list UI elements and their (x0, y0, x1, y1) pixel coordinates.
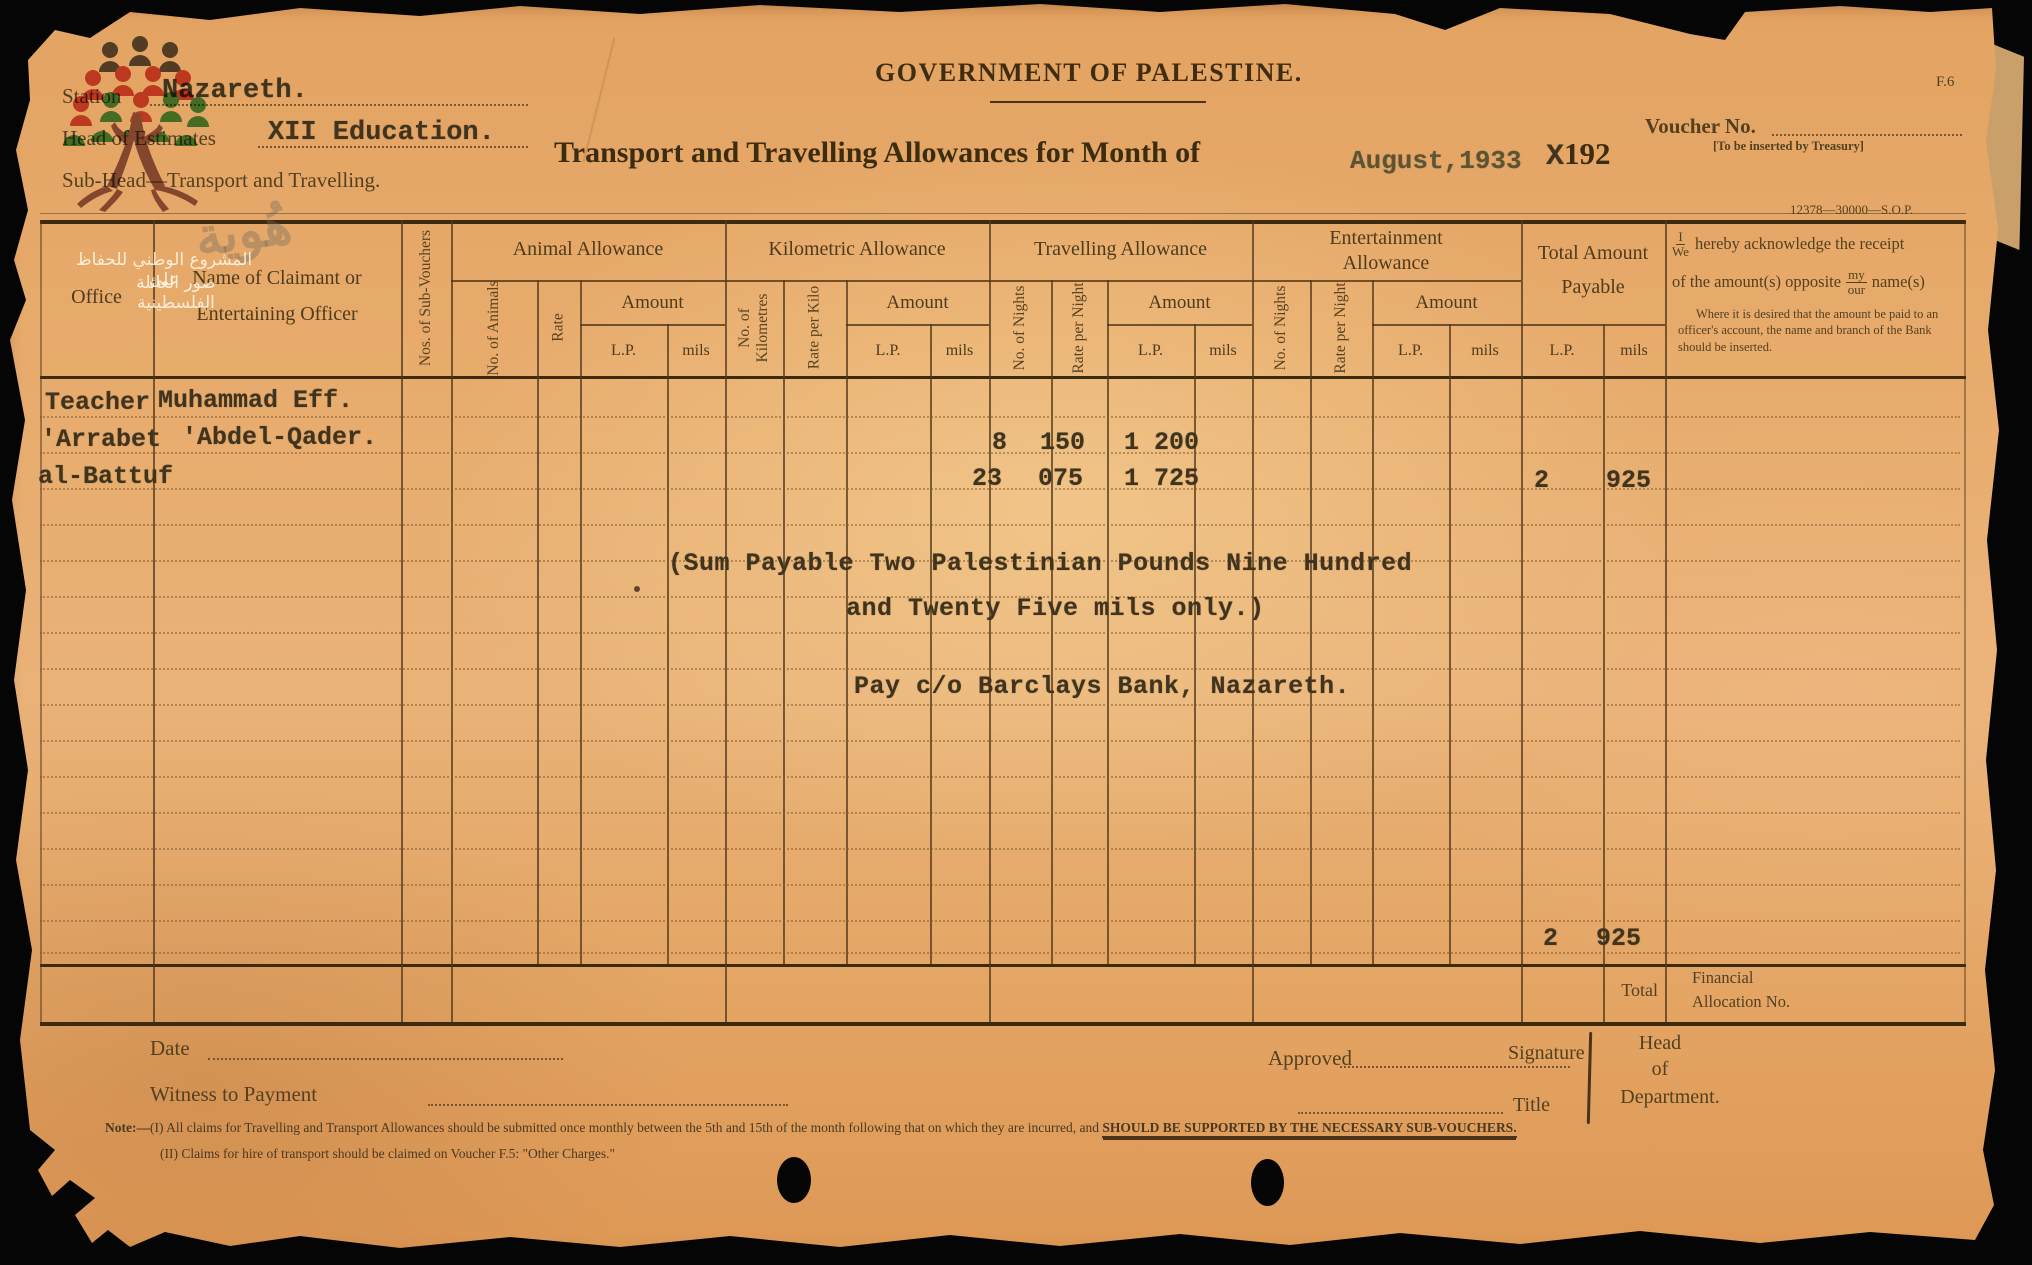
stray-ink-dot (634, 586, 640, 592)
ack-line2-pre: of the amount(s) opposite (1672, 272, 1841, 292)
note1-emphasis: SHOULD BE SUPPORTED BY THE NECESSARY SUB… (1102, 1120, 1516, 1138)
mils-header: mils (1603, 342, 1665, 360)
punch-hole (1251, 1159, 1284, 1206)
entry-total-lp: 2 (1534, 466, 1549, 495)
paper-sheet: F.6 Station Nazareth. Head of Estimates … (0, 0, 2032, 1265)
amount-header: Amount (1107, 292, 1252, 314)
entry-row2-mils: 725 (1154, 464, 1199, 493)
kilometric-allowance-header: Kilometric Allowance (725, 238, 989, 261)
rate-vertical-header: Rate (537, 280, 580, 376)
ack-line2: of the amount(s) opposite myour name(s) (1672, 268, 1964, 296)
witness-label: Witness to Payment (150, 1082, 317, 1107)
amount-header: Amount (846, 292, 989, 314)
title-year-printed: 192 (1564, 136, 1611, 172)
title-strike-x: X (1546, 140, 1564, 174)
entry-name-line1: Muhammad Eff. (158, 386, 353, 415)
entry-row1-lp: 1 (1124, 428, 1139, 457)
watermark-line2: صور العائلة الفلسطينية (96, 273, 256, 313)
entry-row2-lp: 1 (1124, 464, 1139, 493)
lp-header: L.P. (846, 342, 930, 360)
brace-divider (1587, 1032, 1592, 1124)
grand-total-mils: 925 (1596, 924, 1641, 953)
scanned-voucher-document: F.6 Station Nazareth. Head of Estimates … (0, 0, 2032, 1265)
head-of-department-line3: Department. (1600, 1086, 1740, 1109)
tape-speck (3, 1, 31, 27)
signature-label: Signature (1508, 1042, 1585, 1065)
entry-office-line1: Teacher (45, 388, 150, 417)
lp-header: L.P. (1372, 342, 1449, 360)
total-amount-header-line2: Payable (1521, 276, 1665, 299)
ack-line1: IWe hereby acknowledge the receipt (1672, 230, 1964, 258)
form-number: F.6 (1936, 74, 1954, 91)
entry-row1-nights: 8 (992, 428, 1007, 457)
i-we-fraction: IWe (1672, 230, 1689, 258)
no-of-nights-vertical-header: No. of Nights (1252, 280, 1310, 376)
total-row-label: Total (1540, 980, 1658, 1001)
entry-office-line2: 'Arrabet (41, 425, 161, 454)
amount-header: Amount (1372, 292, 1521, 314)
grand-total-lp: 2 (1543, 924, 1558, 953)
note1-text: (I) All claims for Travelling and Transp… (150, 1120, 1102, 1135)
sum-payable-line2: and Twenty Five mils only.) (846, 594, 1265, 623)
mils-header: mils (930, 342, 989, 360)
entry-row1-rate: 150 (1040, 428, 1085, 457)
tree-logo-icon (55, 34, 225, 214)
head-of-department-line1: Head (1600, 1032, 1720, 1055)
voucher-treasury-note: [To be inserted by Treasury] (1713, 139, 1864, 154)
no-of-nights-vertical-header: No. of Nights (989, 280, 1051, 376)
entry-row2-rate: 075 (1038, 464, 1083, 493)
form-title: Transport and Travelling Allowances for … (554, 136, 1200, 170)
subvouchers-vertical-header: Nos. of Sub-Vouchers (401, 220, 451, 376)
animal-allowance-header: Animal Allowance (451, 238, 725, 261)
rate-per-night-vertical-header: Rate per Night (1310, 280, 1372, 376)
lp-header: L.P. (1107, 342, 1194, 360)
total-amount-header-line1: Total Amount (1521, 242, 1665, 265)
ack-bank-note: Where it is desired that the amount be p… (1678, 306, 1960, 355)
note-lead: Note:— (105, 1120, 150, 1135)
punch-hole (777, 1157, 811, 1203)
title-month-typed: August,1933 (1350, 146, 1522, 176)
entry-name-line2: 'Abdel-Qader. (182, 423, 377, 452)
entry-row2-nights: 23 (972, 464, 1002, 493)
footer-note2: (II) Claims for hire of transport should… (160, 1146, 615, 1162)
government-heading: GOVERNMENT OF PALESTINE. (875, 58, 1303, 88)
mils-header: mils (667, 342, 725, 360)
amount-header: Amount (580, 292, 725, 314)
rate-per-kilo-vertical-header: Rate per Kilo (783, 280, 846, 376)
date-label: Date (150, 1036, 190, 1061)
ack-line1-text: hereby acknowledge the receipt (1695, 234, 1904, 254)
footer-note1: Note:—(I) All claims for Travelling and … (105, 1120, 1535, 1136)
entry-row1-mils: 200 (1154, 428, 1199, 457)
ack-line2-post: name(s) (1872, 272, 1925, 292)
mils-header: mils (1449, 342, 1521, 360)
travelling-allowance-header: Travelling Allowance (989, 238, 1252, 261)
voucher-no-label: Voucher No. (1645, 114, 1756, 139)
sum-payable-line1: (Sum Payable Two Palestinian Pounds Nine… (668, 549, 1412, 578)
rate-per-night-vertical-header: Rate per Night (1051, 280, 1107, 376)
pay-instruction-line: Pay c/o Barclays Bank, Nazareth. (854, 672, 1350, 701)
entry-total-mils: 925 (1606, 466, 1651, 495)
print-code: 12378—30000—S.O.P. (1790, 202, 1913, 218)
no-of-animals-vertical-header: No. of Animals (451, 280, 537, 376)
lp-header: L.P. (1521, 342, 1603, 360)
entry-office-line3: al-Battuf (38, 462, 173, 491)
title-label: Title (1513, 1094, 1550, 1117)
my-our-fraction: myour (1846, 268, 1867, 296)
head-of-estimates-value: XII Education. (268, 118, 495, 148)
entertainment-allowance-header: Entertainment Allowance (1286, 226, 1486, 276)
financial-allocation-line2: Allocation No. (1692, 992, 1790, 1012)
no-of-kilometres-vertical-header: No. of Kilometres (725, 280, 783, 376)
head-of-department-line2: of (1600, 1058, 1720, 1081)
financial-allocation-line1: Financial (1692, 968, 1753, 988)
lp-header: L.P. (580, 342, 667, 360)
mils-header: mils (1194, 342, 1252, 360)
